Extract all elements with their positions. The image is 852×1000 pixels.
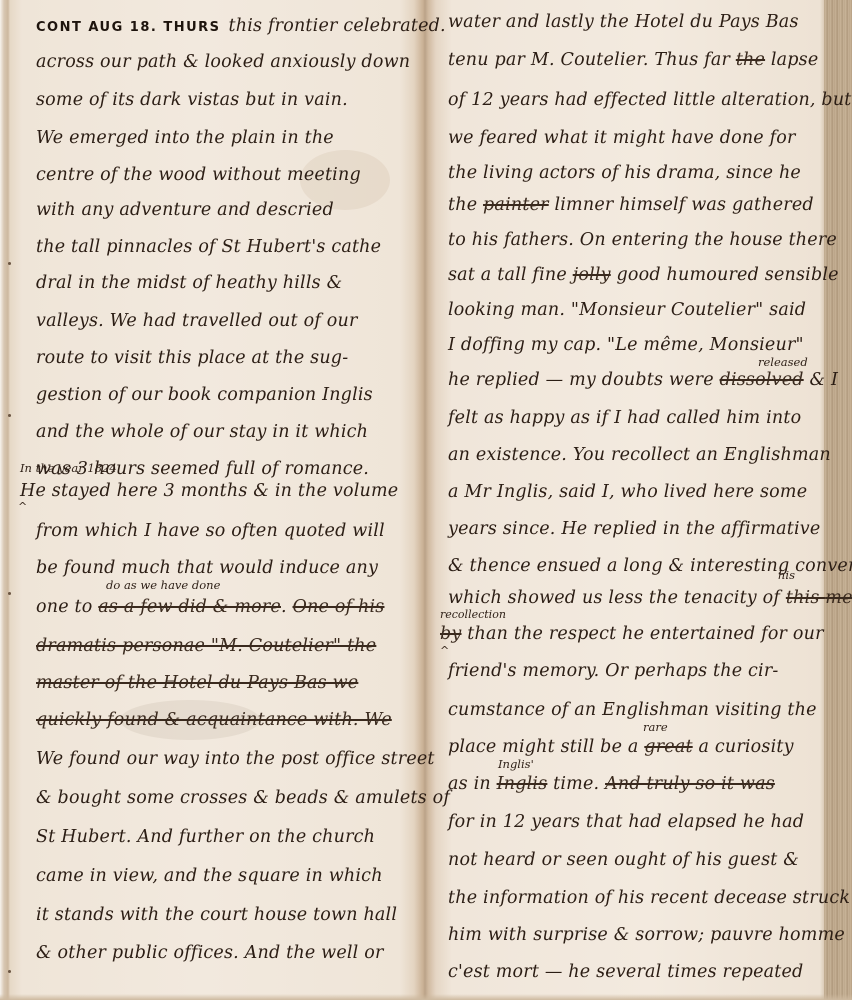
text-line: the information of his recent decease st… — [448, 888, 850, 908]
line-text: limner himself was gathered — [549, 195, 814, 215]
struck-text: the — [736, 50, 765, 70]
text-line: one to as a few did & more. One of his — [36, 597, 384, 617]
text-line: sat a tall fine jolly good humoured sens… — [448, 265, 839, 285]
line-text: this frontier celebrated. — [229, 16, 446, 36]
text-line: place might still be a great a curiosity — [448, 737, 794, 757]
interlinear-insertion: rare — [643, 720, 668, 734]
text-line: some of its dark vistas but in vain. — [36, 90, 348, 110]
text-line: with any adventure and descried — [36, 200, 334, 220]
text-line: I doffing my cap. "Le même, Monsieur" — [448, 335, 804, 355]
text-line: by than the respect he entertained for o… — [440, 624, 824, 644]
text-line: be found much that would induce any — [36, 558, 378, 578]
binding-hole — [8, 970, 11, 973]
line-text: than the respect he entertained for our — [462, 624, 824, 644]
text-line: looking man. "Monsieur Coutelier" said — [448, 300, 806, 320]
text-line: c'est mort — he several times repeated — [448, 962, 803, 982]
line-text: he replied — my doubts were — [448, 370, 720, 390]
text-line: and the whole of our stay in it which — [36, 422, 368, 442]
struck-text: Inglis — [497, 774, 548, 794]
text-line: centre of the wood without meeting — [36, 165, 361, 185]
text-line: water and lastly the Hotel du Pays Bas — [448, 12, 799, 32]
line-text: a curiosity — [693, 737, 794, 757]
right-page-edge-stack — [824, 0, 852, 1000]
margin-insertion: recollection — [440, 608, 506, 621]
text-line: him with surprise & sorrow; pauvre homme — [448, 925, 845, 945]
text-line: as in Inglis time. And truly so it was — [448, 774, 775, 794]
binding-hole — [8, 592, 11, 595]
struck-text: memory — [825, 588, 852, 608]
binding-hole — [8, 414, 11, 417]
line-text: one to — [36, 597, 98, 617]
left-page-edge — [0, 0, 10, 1000]
interlinear-insertion: released — [758, 355, 808, 369]
text-line: quickly found & acquaintance with. We — [36, 710, 392, 730]
text-line: dral in the midst of heathy hills & — [36, 273, 342, 293]
binding-hole — [8, 262, 11, 265]
line-text: place might still be a — [448, 737, 644, 757]
interlinear-insertion: his — [778, 568, 795, 582]
text-line: for in 12 years that had elapsed he had — [448, 812, 804, 832]
text-line: St Hubert. And further on the church — [36, 827, 375, 847]
text-line: he replied — my doubts were dissolved & … — [448, 370, 838, 390]
text-line: gestion of our book companion Inglis — [36, 385, 373, 405]
text-line: to his fathers. On entering the house th… — [448, 230, 837, 250]
insertion-caret: ^ — [440, 644, 449, 657]
text-line: CONT AUG 18. THURSthis frontier celebrat… — [36, 16, 446, 36]
insertion-caret: ^ — [18, 500, 27, 513]
text-line: master of the Hotel du Pays Bas we — [36, 673, 358, 693]
text-line: of 12 years had effected little alterati… — [448, 90, 852, 110]
struck-text: master of the Hotel du Pays Bas we — [36, 673, 358, 693]
text-line: We found our way into the post office st… — [36, 749, 435, 769]
text-line: we feared what it might have done for — [448, 128, 796, 148]
text-line: came in view, and the square in which — [36, 866, 383, 886]
struck-text: by — [440, 624, 462, 644]
text-line: dramatis personae "M. Coutelier" the — [36, 636, 376, 656]
interlinear-insertion: do as we have done — [106, 578, 220, 592]
line-text: time. — [547, 774, 605, 794]
struck-text: dissolved — [720, 370, 804, 390]
line-text: the — [448, 195, 483, 215]
text-line: route to visit this place at the sug- — [36, 348, 348, 368]
right-page: water and lastly the Hotel du Pays Bas t… — [438, 0, 823, 1000]
line-text: as in — [448, 774, 497, 794]
text-line: cumstance of an Englishman visiting the — [448, 700, 817, 720]
text-line: & bought some crosses & beads & amulets … — [36, 788, 450, 808]
line-text: & I — [804, 370, 838, 390]
line-text: . — [281, 597, 293, 617]
book-gutter — [414, 0, 436, 1000]
struck-text: One of his — [293, 597, 385, 617]
left-page: CONT AUG 18. THURSthis frontier celebrat… — [14, 0, 414, 1000]
line-text: lapse — [765, 50, 818, 70]
text-line: the tall pinnacles of St Hubert's cathe — [36, 237, 381, 257]
interlinear-insertion: Inglis' — [498, 757, 534, 771]
text-line: valleys. We had travelled out of our — [36, 311, 358, 331]
entry-date-header: CONT AUG 18. THURS — [36, 20, 221, 35]
line-text: sat a tall fine — [448, 265, 573, 285]
text-line: years since. He replied in the affirmati… — [448, 519, 820, 539]
text-line: from which I have so often quoted will — [36, 521, 385, 541]
text-line: We emerged into the plain in the — [36, 128, 334, 148]
text-line: not heard or seen ought of his guest & — [448, 850, 799, 870]
struck-text: great — [644, 737, 692, 757]
struck-text: this — [786, 588, 825, 608]
struck-text: quickly found & acquaintance with. We — [36, 710, 392, 730]
struck-text: dramatis personae "M. Coutelier" the — [36, 636, 376, 656]
struck-text: as a few did & more — [98, 597, 281, 617]
journal-spread: CONT AUG 18. THURSthis frontier celebrat… — [0, 0, 852, 1000]
text-line: friend's memory. Or perhaps the cir- — [448, 661, 779, 681]
interlinear-insertion: In the year 1824 — [20, 461, 117, 475]
text-line: it stands with the court house town hall — [36, 905, 397, 925]
text-line: which showed us less the tenacity of thi… — [448, 588, 852, 608]
text-line: a Mr Inglis, said I, who lived here some — [448, 482, 807, 502]
text-line: tenu par M. Coutelier. Thus far the laps… — [448, 50, 818, 70]
struck-text: And truly so it was — [605, 774, 775, 794]
text-line: an existence. You recollect an Englishma… — [448, 445, 831, 465]
struck-text: jolly — [573, 265, 611, 285]
text-line: the painter limner himself was gathered — [448, 195, 814, 215]
text-line: & other public offices. And the well or — [36, 943, 384, 963]
text-line: across our path & looked anxiously down — [36, 52, 410, 72]
text-line: felt as happy as if I had called him int… — [448, 408, 801, 428]
struck-text: painter — [483, 195, 549, 215]
line-text: good humoured sensible — [611, 265, 839, 285]
text-line: He stayed here 3 months & in the volume — [20, 481, 398, 501]
line-text: tenu par M. Coutelier. Thus far — [448, 50, 736, 70]
line-text: which showed us less the tenacity of — [448, 588, 786, 608]
text-line: the living actors of his drama, since he — [448, 163, 801, 183]
